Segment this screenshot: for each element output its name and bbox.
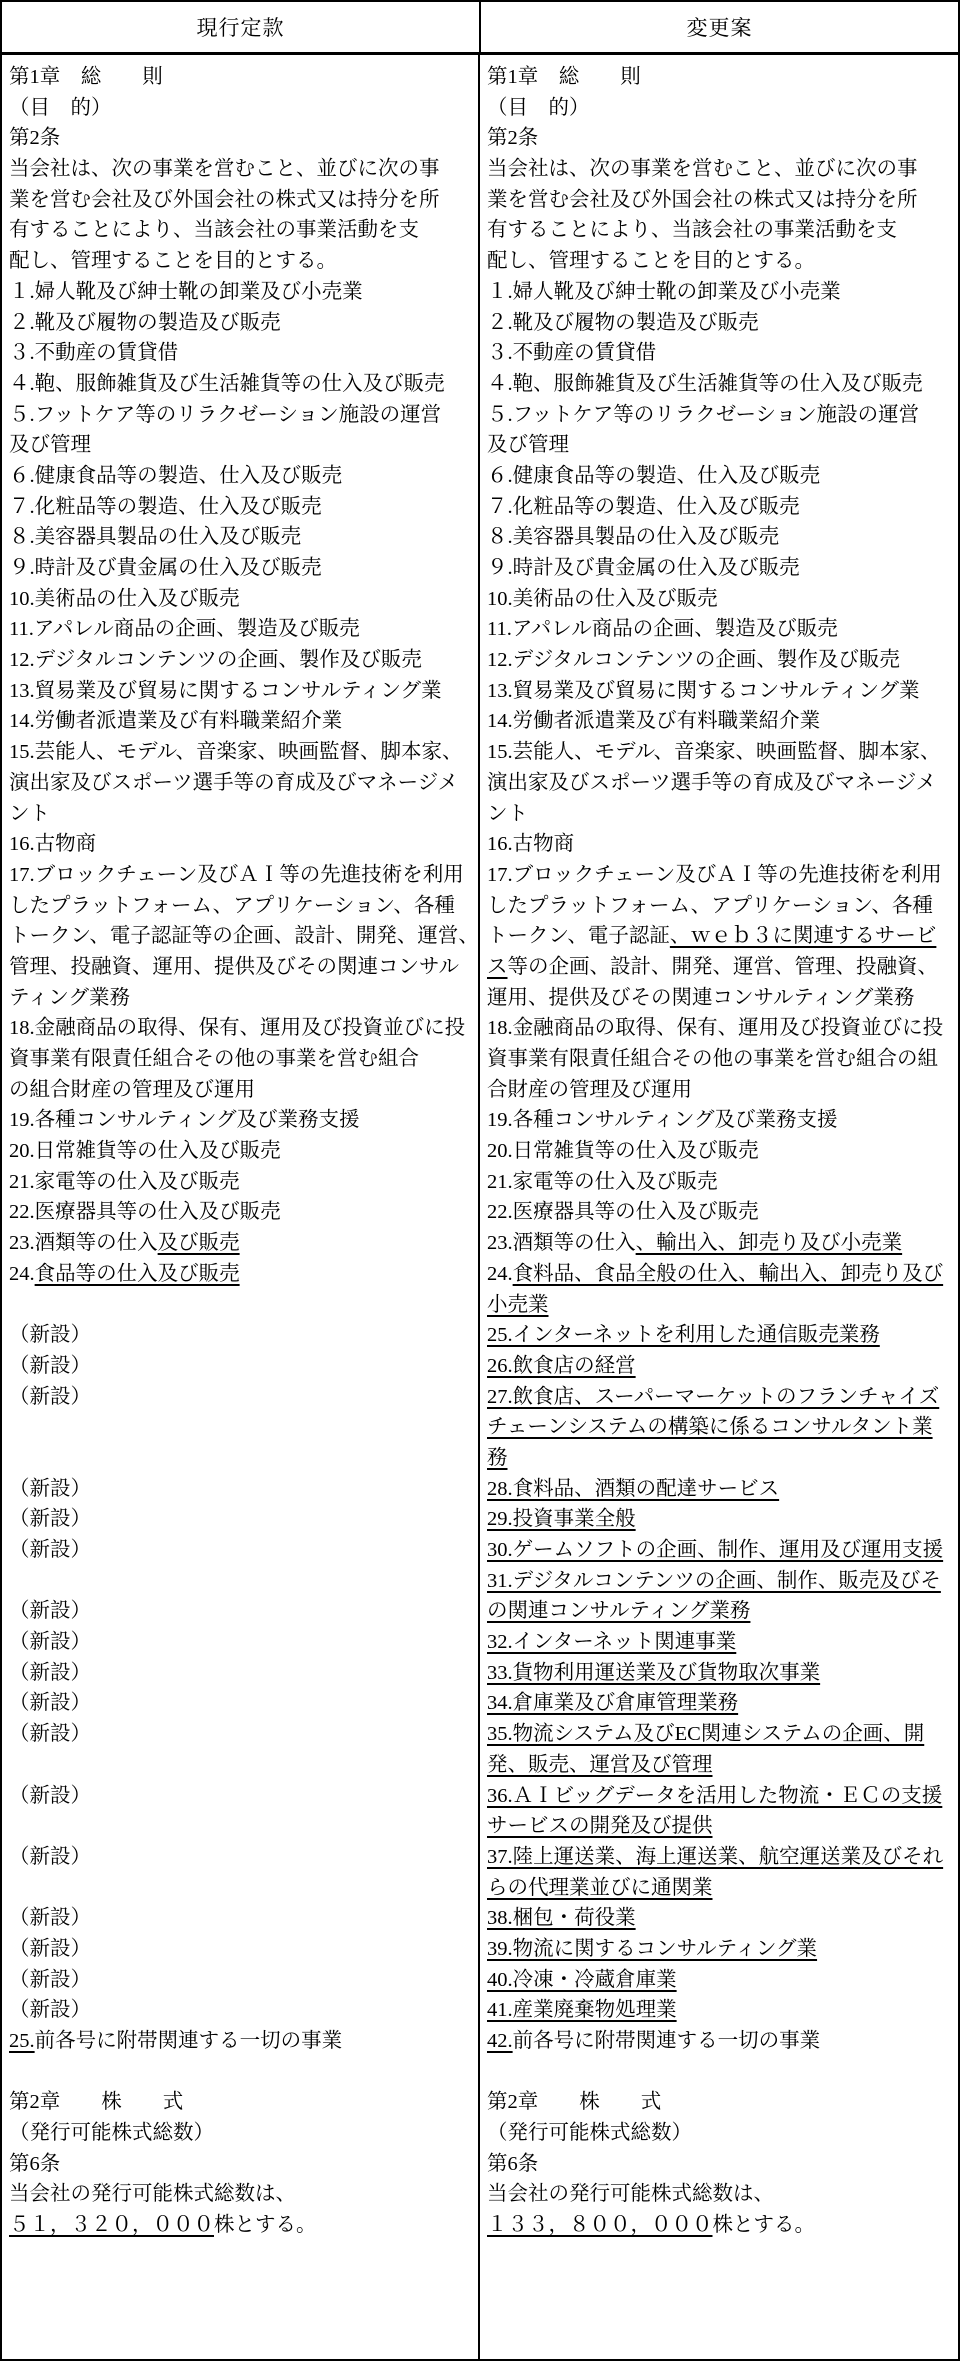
proposed-text-line: チェーンシステムの構築に係るコンサルタント業 xyxy=(487,1412,954,1443)
current-text-line: 第2章 株 式 xyxy=(9,2087,474,2118)
proposed-text-line: ５.フットケア等のリラクゼーション施設の運営 xyxy=(487,400,954,431)
proposed-text-line: トークン、電子認証、ｗｅｂ３に関連するサービ xyxy=(487,921,954,952)
current-text-line: （新設） xyxy=(9,1903,474,1934)
proposed-text-line: 33.貨物利用運送業及び貨物取次事業 xyxy=(487,1658,954,1689)
proposed-text-line: 小売業 xyxy=(487,1290,954,1321)
articles-amendment-comparison-table: 現行定款 変更案 第1章 総 則（目 的）第2条当会社は、次の事業を営むこと、並… xyxy=(0,0,960,2361)
proposed-text-line: 演出家及びスポーツ選手等の育成及びマネージメ xyxy=(487,768,954,799)
current-text-line: （新設） xyxy=(9,1382,474,1413)
current-text-line: ８.美容器具製品の仕入及び販売 xyxy=(9,522,474,553)
proposed-text-line: 26.飲食店の経営 xyxy=(487,1351,954,1382)
current-text-line: （新設） xyxy=(9,1842,474,1873)
current-text-line: （新設） xyxy=(9,1320,474,1351)
proposed-text-line: ９.時計及び貴金属の仕入及び販売 xyxy=(487,553,954,584)
current-text-line: （新設） xyxy=(9,1995,474,2026)
proposed-text-line: 42.前各号に附帯関連する一切の事業 xyxy=(487,2026,954,2057)
proposed-text-line: １３３，８００，０００株とする。 xyxy=(487,2210,954,2241)
proposed-text-line: 発、販売、運営及び管理 xyxy=(487,1750,954,1781)
current-text-line: 有することにより、当該会社の事業活動を支 xyxy=(9,215,474,246)
current-text-line: 15.芸能人、モデル、音楽家、映画監督、脚本家、 xyxy=(9,737,474,768)
proposed-text-line: 16.古物商 xyxy=(487,829,954,860)
current-text-line: の組合財産の管理及び運用 xyxy=(9,1075,474,1106)
proposed-text-line: らの代理業並びに通関業 xyxy=(487,1873,954,1904)
current-text-line: 当会社は、次の事業を営むこと、並びに次の事 xyxy=(9,154,474,185)
proposed-text-line: ６.健康食品等の製造、仕入及び販売 xyxy=(487,461,954,492)
current-text-line: （新設） xyxy=(9,1658,474,1689)
current-text-line: 業を営む会社及び外国会社の株式又は持分を所 xyxy=(9,185,474,216)
current-text-line: ７.化粧品等の製造、仕入及び販売 xyxy=(9,492,474,523)
current-text-line: （新設） xyxy=(9,1596,474,1627)
current-text-line: 18.金融商品の取得、保有、運用及び投資並びに投 xyxy=(9,1013,474,1044)
current-text-line: （新設） xyxy=(9,1474,474,1505)
current-text-line xyxy=(9,1290,474,1321)
current-text-line xyxy=(9,1566,474,1597)
proposed-text-line: 41.産業廃棄物処理業 xyxy=(487,1995,954,2026)
proposed-text-line: 第1章 総 則 xyxy=(487,62,954,93)
proposed-text-line: 11.アパレル商品の企画、製造及び販売 xyxy=(487,614,954,645)
current-text-line xyxy=(9,2057,474,2088)
current-text-line: 22.医療器具等の仕入及び販売 xyxy=(9,1197,474,1228)
current-text-line: 11.アパレル商品の企画、製造及び販売 xyxy=(9,614,474,645)
proposed-text-line: 第2章 株 式 xyxy=(487,2087,954,2118)
proposed-text-line: 及び管理 xyxy=(487,430,954,461)
table-body-row: 第1章 総 則（目 的）第2条当会社は、次の事業を営むこと、並びに次の事業を営む… xyxy=(2,55,958,2359)
proposed-text-line: 38.梱包・荷役業 xyxy=(487,1903,954,1934)
current-text-line: 第1章 総 則 xyxy=(9,62,474,93)
proposed-text-line: したプラットフォーム、アプリケーション、各種 xyxy=(487,891,954,922)
column-header-proposed-amendment: 変更案 xyxy=(481,2,958,52)
current-text-line: ４.鞄、服飾雑貨及び生活雑貨等の仕入及び販売 xyxy=(9,369,474,400)
current-text-line: 10.美術品の仕入及び販売 xyxy=(9,584,474,615)
proposed-text-line: 第6条 xyxy=(487,2149,954,2180)
proposed-text-line: ７.化粧品等の製造、仕入及び販売 xyxy=(487,492,954,523)
proposed-text-line: ス等の企画、設計、開発、運営、管理、投融資、 xyxy=(487,952,954,983)
current-text-line: （新設） xyxy=(9,1535,474,1566)
proposed-text-line: 運用、提供及びその関連コンサルティング業務 xyxy=(487,983,954,1014)
current-text-line: 17.ブロックチェーン及びＡＩ等の先進技術を利用 xyxy=(9,860,474,891)
current-text-line: （新設） xyxy=(9,1781,474,1812)
current-text-line: ６.健康食品等の製造、仕入及び販売 xyxy=(9,461,474,492)
proposed-text-line: 37.陸上運送業、海上運送業、航空運送業及びそれ xyxy=(487,1842,954,1873)
proposed-text-line: 当会社の発行可能株式総数は、 xyxy=(487,2179,954,2210)
proposed-text-line: 18.金融商品の取得、保有、運用及び投資並びに投 xyxy=(487,1013,954,1044)
current-text-line: （新設） xyxy=(9,1934,474,1965)
proposed-text-line: ント xyxy=(487,799,954,830)
current-text-line xyxy=(9,1873,474,1904)
current-text-line: １.婦人靴及び紳士靴の卸業及び小売業 xyxy=(9,277,474,308)
proposed-text-line: 31.デジタルコンテンツの企画、制作、販売及びそ xyxy=(487,1566,954,1597)
proposed-text-line: 23.酒類等の仕入、輸出入、卸売り及び小売業 xyxy=(487,1228,954,1259)
proposed-text-line: 合財産の管理及び運用 xyxy=(487,1075,954,1106)
current-text-line: 12.デジタルコンテンツの企画、製作及び販売 xyxy=(9,645,474,676)
current-text-line: 13.貿易業及び貿易に関するコンサルティング業 xyxy=(9,676,474,707)
current-text-line: 資事業有限責任組合その他の事業を営む組合 xyxy=(9,1044,474,1075)
proposed-text-line: １.婦人靴及び紳士靴の卸業及び小売業 xyxy=(487,277,954,308)
proposed-text-line: 22.医療器具等の仕入及び販売 xyxy=(487,1197,954,1228)
current-text-line: トークン、電子認証等の企画、設計、開発、運営、 xyxy=(9,921,474,952)
proposed-text-line: 27.飲食店、スーパーマーケットのフランチャイズ xyxy=(487,1382,954,1413)
current-text-line: 23.酒類等の仕入及び販売 xyxy=(9,1228,474,1259)
current-text-line: 19.各種コンサルティング及び業務支援 xyxy=(9,1105,474,1136)
proposed-text-line: 35.物流システム及びEC関連システムの企画、開 xyxy=(487,1719,954,1750)
current-articles-cell: 第1章 総 則（目 的）第2条当会社は、次の事業を営むこと、並びに次の事業を営む… xyxy=(2,55,480,2359)
current-text-line: 21.家電等の仕入及び販売 xyxy=(9,1167,474,1198)
proposed-text-line xyxy=(487,2057,954,2088)
proposed-text-line: 40.冷凍・冷蔵倉庫業 xyxy=(487,1965,954,1996)
current-text-line: 25.前各号に附帯関連する一切の事業 xyxy=(9,2026,474,2057)
current-text-line: 演出家及びスポーツ選手等の育成及びマネージメ xyxy=(9,768,474,799)
current-text-line: （新設） xyxy=(9,1688,474,1719)
current-text-line: 第6条 xyxy=(9,2149,474,2180)
current-text-line: 管理、投融資、運用、提供及びその関連コンサル xyxy=(9,952,474,983)
proposed-text-line: 13.貿易業及び貿易に関するコンサルティング業 xyxy=(487,676,954,707)
proposed-text-line: 32.インターネット関連事業 xyxy=(487,1627,954,1658)
current-text-line xyxy=(9,1750,474,1781)
proposed-text-line: （発行可能株式総数） xyxy=(487,2118,954,2149)
current-text-line: 及び管理 xyxy=(9,430,474,461)
proposed-text-line: 12.デジタルコンテンツの企画、製作及び販売 xyxy=(487,645,954,676)
proposed-text-line: 30.ゲームソフトの企画、制作、運用及び運用支援 xyxy=(487,1535,954,1566)
current-text-line: したプラットフォーム、アプリケーション、各種 xyxy=(9,891,474,922)
current-text-line: ９.時計及び貴金属の仕入及び販売 xyxy=(9,553,474,584)
current-text-line: 14.労働者派遣業及び有料職業紹介業 xyxy=(9,706,474,737)
proposed-text-line: 15.芸能人、モデル、音楽家、映画監督、脚本家、 xyxy=(487,737,954,768)
proposed-text-line: 有することにより、当該会社の事業活動を支 xyxy=(487,215,954,246)
current-text-line xyxy=(9,1412,474,1443)
table-header-row: 現行定款 変更案 xyxy=(2,2,958,55)
proposed-text-line: サービスの開発及び提供 xyxy=(487,1811,954,1842)
current-text-line: （新設） xyxy=(9,1504,474,1535)
proposed-text-line: 業を営む会社及び外国会社の株式又は持分を所 xyxy=(487,185,954,216)
proposed-text-line: 29.投資事業全般 xyxy=(487,1504,954,1535)
current-text-line: ５.フットケア等のリラクゼーション施設の運営 xyxy=(9,400,474,431)
current-text-line: （目 的） xyxy=(9,93,474,124)
current-text-line xyxy=(9,1443,474,1474)
current-text-line: （新設） xyxy=(9,1351,474,1382)
current-text-line: 24.食品等の仕入及び販売 xyxy=(9,1259,474,1290)
proposed-text-line: ２.靴及び履物の製造及び販売 xyxy=(487,308,954,339)
proposed-text-line: ３.不動産の賃貸借 xyxy=(487,338,954,369)
proposed-text-line: 21.家電等の仕入及び販売 xyxy=(487,1167,954,1198)
proposed-text-line: （目 的） xyxy=(487,93,954,124)
proposed-text-line: 配し、管理することを目的とする。 xyxy=(487,246,954,277)
proposed-text-line: 25.インターネットを利用した通信販売業務 xyxy=(487,1320,954,1351)
current-text-line: ティング業務 xyxy=(9,983,474,1014)
proposed-text-line: 当会社は、次の事業を営むこと、並びに次の事 xyxy=(487,154,954,185)
current-text-line xyxy=(9,1811,474,1842)
current-text-line: ント xyxy=(9,799,474,830)
current-text-line: 16.古物商 xyxy=(9,829,474,860)
proposed-text-line: 24.食料品、食品全般の仕入、輸出入、卸売り及び xyxy=(487,1259,954,1290)
proposed-text-line: 資事業有限責任組合その他の事業を営む組合の組 xyxy=(487,1044,954,1075)
proposed-text-line: 36.ＡＩビッグデータを活用した物流・ＥＣの支援 xyxy=(487,1781,954,1812)
proposed-text-line: 14.労働者派遣業及び有料職業紹介業 xyxy=(487,706,954,737)
proposed-text-line: 28.食料品、酒類の配達サービス xyxy=(487,1474,954,1505)
current-text-line: （新設） xyxy=(9,1627,474,1658)
current-text-line: ５１，３２０，０００株とする。 xyxy=(9,2210,474,2241)
proposed-text-line: 17.ブロックチェーン及びＡＩ等の先進技術を利用 xyxy=(487,860,954,891)
proposed-text-line: ８.美容器具製品の仕入及び販売 xyxy=(487,522,954,553)
column-header-current-articles: 現行定款 xyxy=(2,2,481,52)
proposed-text-line: ４.鞄、服飾雑貨及び生活雑貨等の仕入及び販売 xyxy=(487,369,954,400)
proposed-amendment-cell: 第1章 総 則（目 的）第2条当会社は、次の事業を営むこと、並びに次の事業を営む… xyxy=(480,55,958,2359)
proposed-text-line: 34.倉庫業及び倉庫管理業務 xyxy=(487,1688,954,1719)
current-text-line: （新設） xyxy=(9,1719,474,1750)
proposed-text-line: 20.日常雑貨等の仕入及び販売 xyxy=(487,1136,954,1167)
current-text-line: 当会社の発行可能株式総数は、 xyxy=(9,2179,474,2210)
proposed-text-line: 第2条 xyxy=(487,123,954,154)
proposed-text-line: の関連コンサルティング業務 xyxy=(487,1596,954,1627)
current-text-line: ３.不動産の賃貸借 xyxy=(9,338,474,369)
proposed-text-line: 19.各種コンサルティング及び業務支援 xyxy=(487,1105,954,1136)
current-text-line: ２.靴及び履物の製造及び販売 xyxy=(9,308,474,339)
current-text-line: （発行可能株式総数） xyxy=(9,2118,474,2149)
current-text-line: （新設） xyxy=(9,1965,474,1996)
current-text-line: 第2条 xyxy=(9,123,474,154)
proposed-text-line: 10.美術品の仕入及び販売 xyxy=(487,584,954,615)
current-text-line: 配し、管理することを目的とする。 xyxy=(9,246,474,277)
proposed-text-line: 務 xyxy=(487,1443,954,1474)
current-text-line: 20.日常雑貨等の仕入及び販売 xyxy=(9,1136,474,1167)
proposed-text-line: 39.物流に関するコンサルティング業 xyxy=(487,1934,954,1965)
